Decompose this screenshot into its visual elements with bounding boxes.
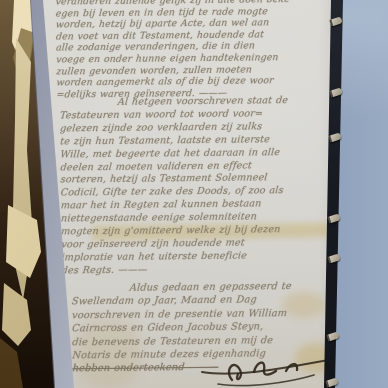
signature-flourish <box>196 354 340 388</box>
manuscript-paragraph: veranderen zullende gelijk zij in alle d… <box>55 0 290 101</box>
manuscript-paragraph: Al hetgeen voorschreven staat deTestateu… <box>59 95 289 278</box>
manuscript-line: des Regts. ——— <box>61 263 290 278</box>
book-photograph: veranderen zullende gelijk zij in alle d… <box>0 0 388 388</box>
